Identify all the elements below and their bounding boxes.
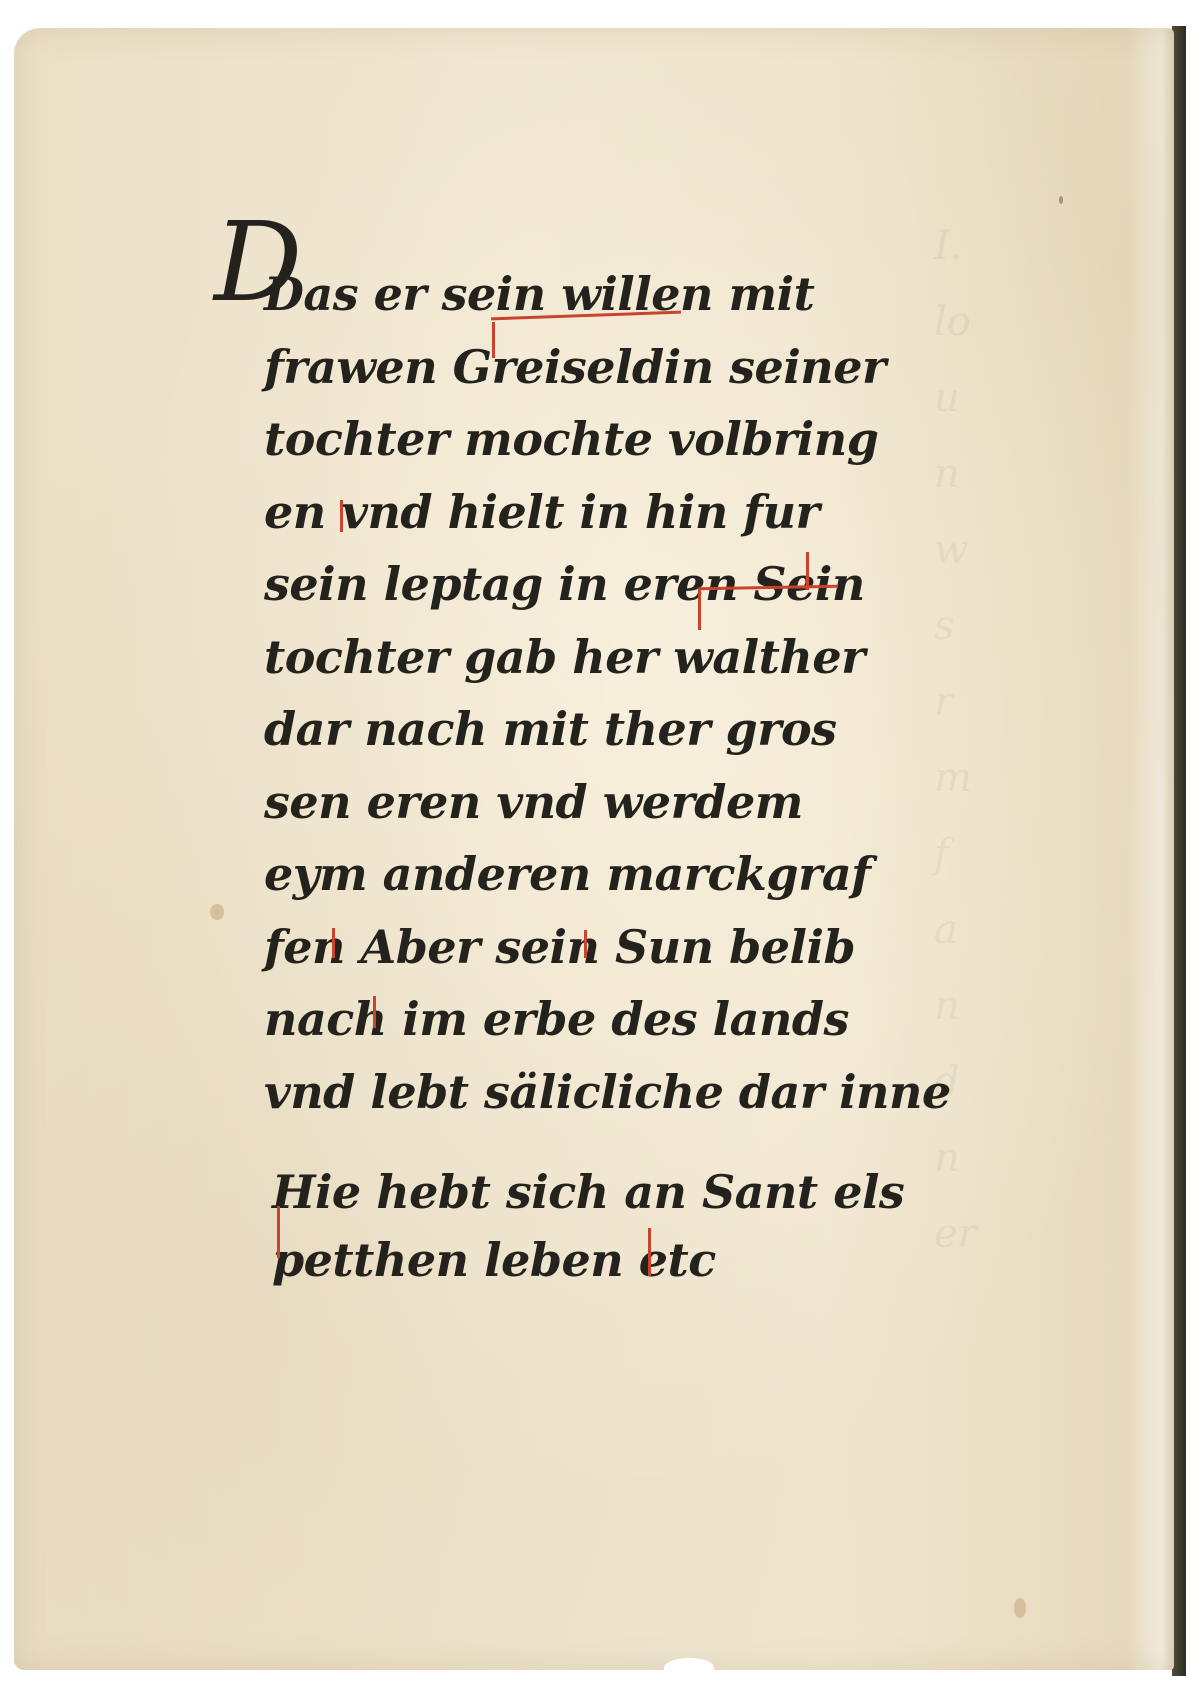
main-text-block: D Das er sein willen mit frawen Greiseld… <box>264 258 924 1128</box>
rubric-stroke <box>332 928 335 958</box>
show-through-text: I.lounwsrmfandner <box>934 208 1164 1272</box>
rubric-heading: Hie hebt sich an Sant els petthen leben … <box>272 1158 932 1294</box>
manuscript-page: I.lounwsrmfandner D Das er sein willen m… <box>14 28 1174 1670</box>
manuscript-scan: I.lounwsrmfandner D Das er sein willen m… <box>0 0 1202 1700</box>
rubric-stroke <box>373 996 376 1028</box>
heading-line: petthen leben etc <box>272 1226 932 1294</box>
text-line: en vnd hielt in hin fur <box>264 476 924 549</box>
text-line: dar nach mit ther gros <box>264 693 924 766</box>
rubric-stroke <box>277 1206 280 1258</box>
text-line: nach im erbe des lands <box>264 983 924 1056</box>
page-edge-tear <box>664 1658 714 1678</box>
paper-stain <box>1014 1598 1026 1618</box>
text-line: tochter mochte volbring <box>264 403 924 476</box>
decorated-initial: D <box>214 198 302 326</box>
text-line: frawen Greiseldin seiner <box>264 331 924 404</box>
text-line: sen eren vnd werdem <box>264 766 924 839</box>
heading-line: Hie hebt sich an Sant els <box>272 1158 932 1226</box>
text-line: fen Aber sein Sun belib <box>264 911 924 984</box>
book-binding-edge <box>1172 26 1186 1676</box>
rubric-stroke <box>648 1228 651 1276</box>
paper-stain <box>210 904 224 920</box>
text-line: tochter gab her walther <box>264 621 924 694</box>
text-line: eym anderen marckgraf <box>264 838 924 911</box>
text-line: vnd lebt sälicliche dar inne <box>264 1056 924 1129</box>
rubric-stroke <box>584 930 587 958</box>
text-line: Das er sein willen mit <box>264 258 924 331</box>
paper-stain <box>1059 196 1063 204</box>
rubric-stroke <box>340 500 343 532</box>
rubric-stroke <box>698 588 701 630</box>
rubric-stroke <box>492 322 495 358</box>
